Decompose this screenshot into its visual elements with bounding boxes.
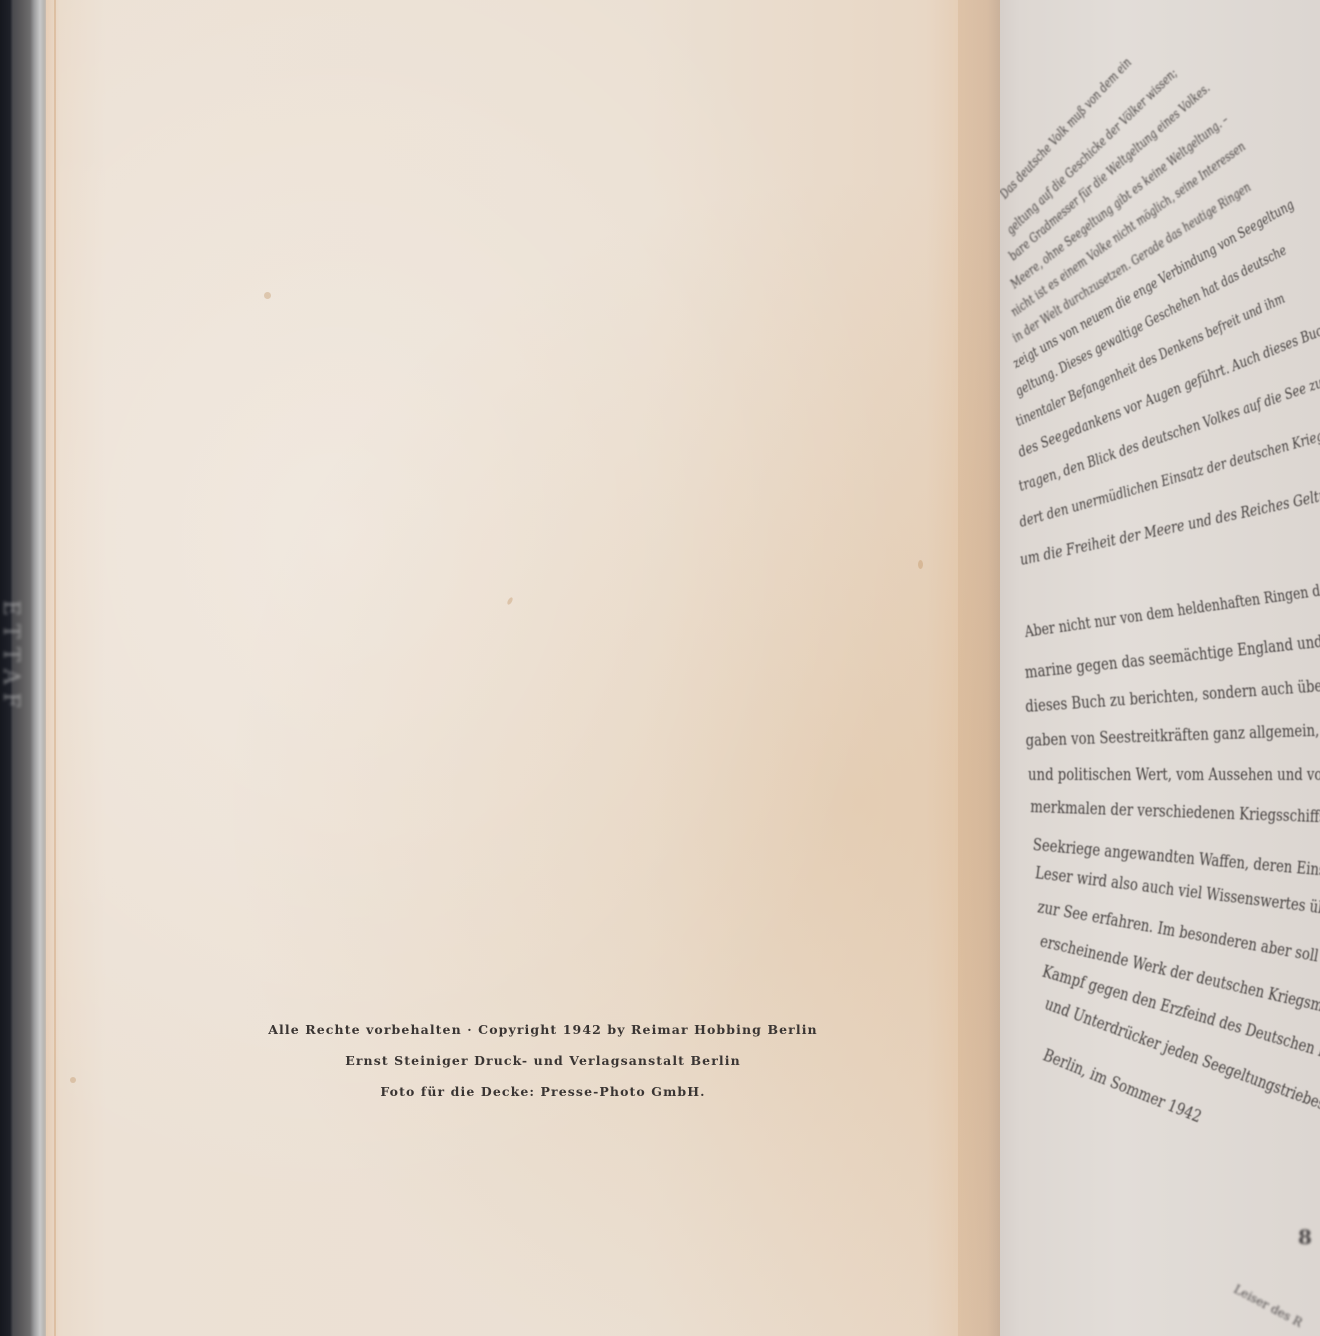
imprint-line-photo-credit: Foto für die Decke: Presse-Photo GmbH.	[260, 1076, 826, 1107]
spine-text: ETTAF	[8, 600, 28, 716]
imprint-line-rights: Alle Rechte vorbehalten · Copyright 1942…	[260, 1014, 826, 1045]
book-cover-edge: ETTAF	[0, 0, 48, 1336]
foreword-line: marine gegen das seemächtige England und…	[1024, 628, 1320, 683]
foreword-line: und politischen Wert, vom Aussehen und v…	[1028, 765, 1320, 785]
foreword-text: Das deutsche Volk muß von dem eingeltung…	[1000, 0, 1320, 1336]
paper-foxing-spot	[264, 292, 271, 299]
page-number: 8	[1298, 1225, 1312, 1249]
paper-foxing-spot	[70, 1077, 76, 1083]
left-page: Alle Rechte vorbehalten · Copyright 1942…	[46, 0, 1004, 1336]
foreword-line: Aber nicht nur von dem heldenhaften Ring…	[1023, 577, 1320, 641]
copyright-imprint: Alle Rechte vorbehalten · Copyright 1942…	[260, 1014, 826, 1107]
foreword-line: merkmalen der verschiedenen Kriegsschiff…	[1030, 797, 1320, 829]
book-photo: ETTAF Alle Rechte vorbehalten · Copyrigh…	[0, 0, 1320, 1336]
foreword-line: gaben von Seestreitkräften ganz allgemei…	[1025, 719, 1320, 751]
imprint-line-printer: Ernst Steiniger Druck- und Verlagsanstal…	[260, 1045, 826, 1076]
paper-foxing-spot	[918, 560, 923, 569]
right-page: Das deutsche Volk muß von dem eingeltung…	[1000, 0, 1320, 1336]
paper-foxing-spot	[506, 597, 513, 606]
foreword-line: dieses Buch zu berichten, sondern auch ü…	[1025, 674, 1320, 717]
foreword-line: um die Freiheit der Meere und des Reiche…	[1018, 482, 1320, 569]
